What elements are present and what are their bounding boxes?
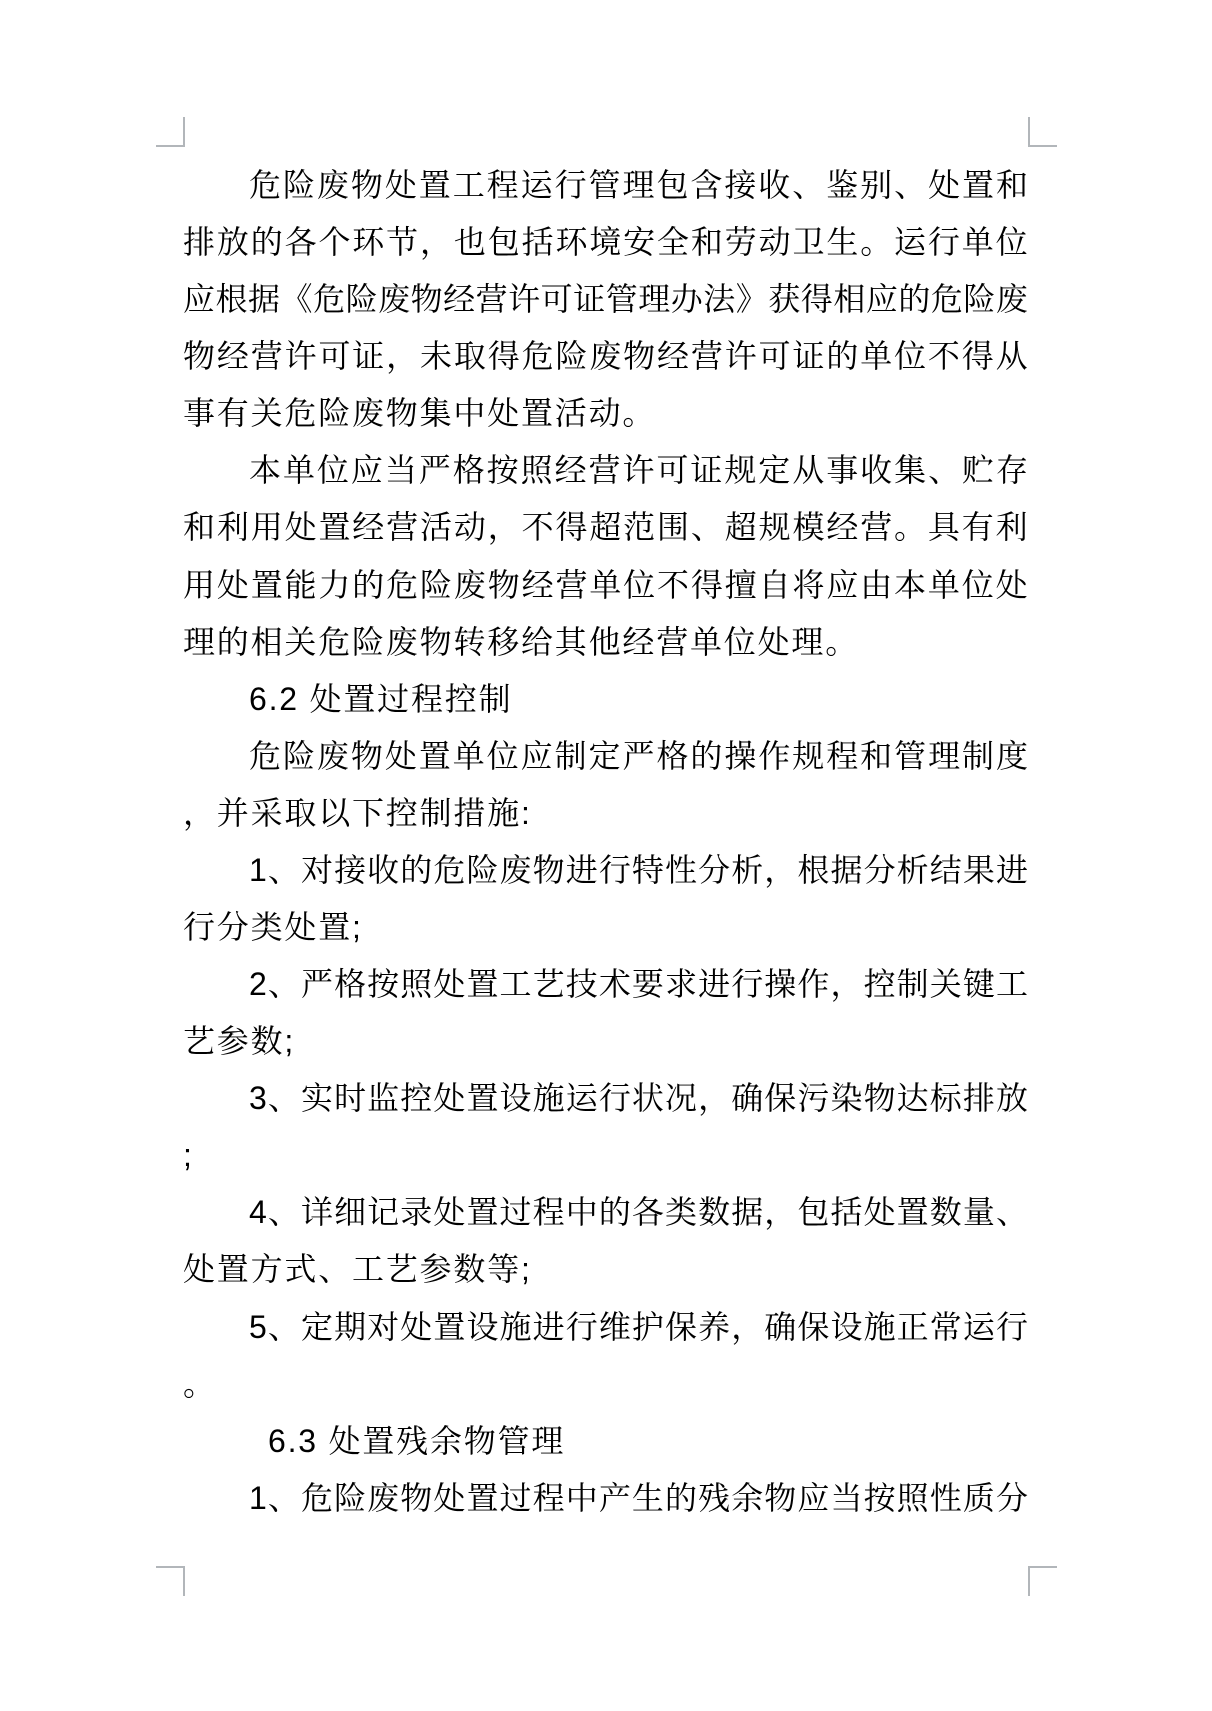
text-line: 4、详细记录处置过程中的各类数据，包括处置数量、 — [183, 1184, 1028, 1241]
text-line: ，并采取以下控制措施: — [183, 785, 1028, 842]
text-line: 5、定期对处置设施进行维护保养，确保设施正常运行 — [183, 1299, 1028, 1356]
text-line: 和利用处置经营活动，不得超范围、超规模经营。具有利 — [183, 499, 1028, 556]
text-line: 处置方式、工艺参数等; — [183, 1241, 1028, 1298]
text-line: 应根据《危险废物经营许可证管理办法》获得相应的危险废 — [183, 271, 1028, 328]
section-heading: 6.3 处置残余物管理 — [183, 1413, 1028, 1470]
crop-mark-top-left-icon — [156, 117, 185, 147]
crop-mark-top-right-icon — [1028, 117, 1057, 147]
text-line: 用处置能力的危险废物经营单位不得擅自将应由本单位处 — [183, 557, 1028, 614]
text-line: 1、危险废物处置过程中产生的残余物应当按照性质分 — [183, 1470, 1028, 1527]
text-line: 艺参数; — [183, 1013, 1028, 1070]
crop-mark-bottom-left-icon — [156, 1566, 185, 1596]
text-line: ; — [183, 1127, 1028, 1184]
text-line: 本单位应当严格按照经营许可证规定从事收集、贮存 — [183, 442, 1028, 499]
section-heading: 6.2 处置过程控制 — [183, 671, 1028, 728]
text-line: 排放的各个环节，也包括环境安全和劳动卫生。运行单位 — [183, 214, 1028, 271]
text-line: 物经营许可证，未取得危险废物经营许可证的单位不得从 — [183, 328, 1028, 385]
text-line: 危险废物处置工程运行管理包含接收、鉴别、处置和 — [183, 157, 1028, 214]
text-line: 危险废物处置单位应制定严格的操作规程和管理制度 — [183, 728, 1028, 785]
text-line: 。 — [183, 1356, 1028, 1413]
text-line: 2、严格按照处置工艺技术要求进行操作，控制关键工 — [183, 956, 1028, 1013]
document-page: 危险废物处置工程运行管理包含接收、鉴别、处置和排放的各个环节，也包括环境安全和劳… — [0, 0, 1212, 1711]
text-line: 1、对接收的危险废物进行特性分析，根据分析结果进 — [183, 842, 1028, 899]
text-line: 3、实时监控处置设施运行状况，确保污染物达标排放 — [183, 1070, 1028, 1127]
document-body: 危险废物处置工程运行管理包含接收、鉴别、处置和排放的各个环节，也包括环境安全和劳… — [183, 157, 1028, 1527]
text-line: 行分类处置; — [183, 899, 1028, 956]
crop-mark-bottom-right-icon — [1028, 1566, 1057, 1596]
text-line: 事有关危险废物集中处置活动。 — [183, 385, 1028, 442]
text-line: 理的相关危险废物转移给其他经营单位处理。 — [183, 614, 1028, 671]
